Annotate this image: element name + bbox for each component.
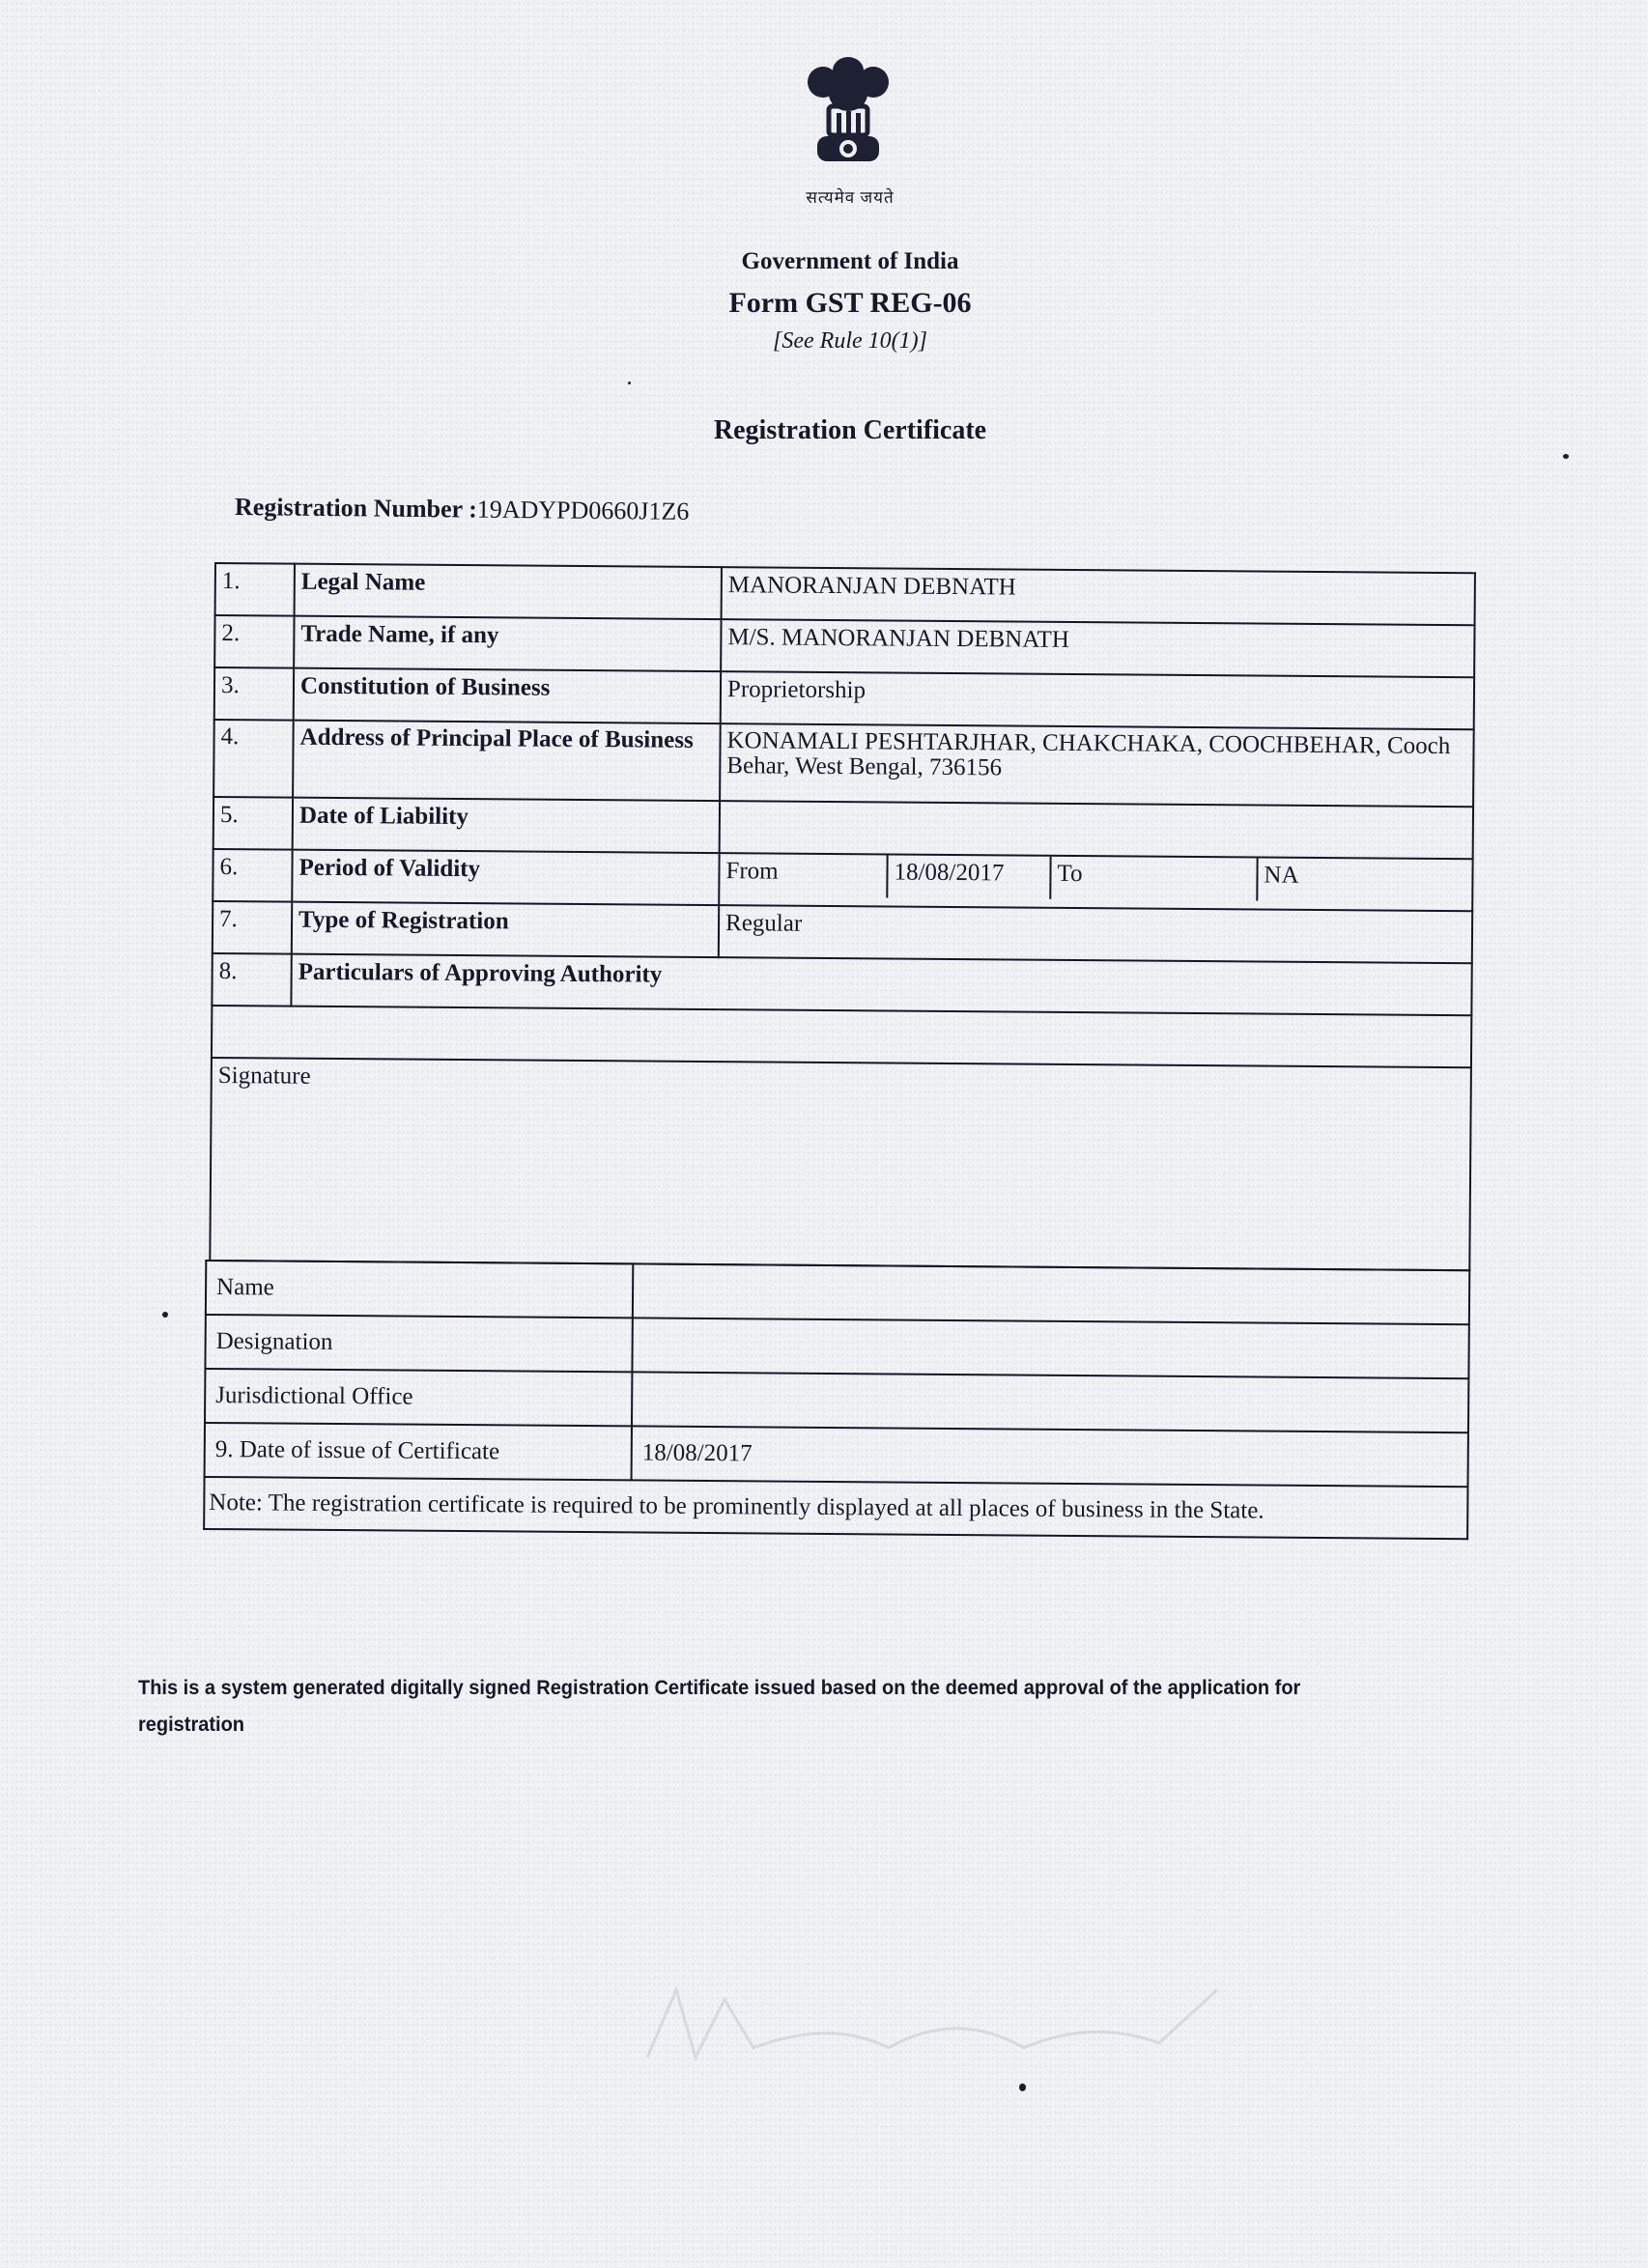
- field-label: Address of Principal Place of Business: [293, 721, 721, 801]
- government-heading: Government of India: [0, 248, 1648, 275]
- row-number: 2.: [214, 615, 294, 668]
- field-label: Period of Validity: [292, 850, 719, 905]
- certificate-title: Registration Certificate: [0, 415, 1648, 446]
- approval-row-date-of-issue: 9. Date of issue of Certificate 18/08/20…: [205, 1423, 1468, 1487]
- approval-label: Jurisdictional Office: [205, 1369, 632, 1426]
- approval-row-designation: Designation: [205, 1315, 1468, 1378]
- field-label: Trade Name, if any: [294, 616, 721, 671]
- paper-speck: [1563, 454, 1569, 459]
- table-row-address: 4. Address of Principal Place of Busines…: [213, 720, 1474, 807]
- field-label: Date of Liability: [293, 798, 720, 853]
- certificate-table: 1. Legal Name MANORANJAN DEBNATH 2. Trad…: [207, 562, 1476, 1540]
- note-row: Note: The registration certificate is re…: [204, 1477, 1467, 1539]
- row-number: 5.: [213, 797, 293, 850]
- row-number: 1.: [215, 563, 295, 616]
- validity-from-label: From: [720, 854, 888, 897]
- signature-cell: Signature: [210, 1058, 1471, 1270]
- form-title: Form GST REG-06: [0, 287, 1648, 320]
- faded-signature-mark: [638, 1980, 1314, 2077]
- approval-label: Name: [206, 1261, 633, 1318]
- approval-label: Designation: [205, 1315, 632, 1372]
- field-value: MANORANJAN DEBNATH: [722, 567, 1475, 625]
- approval-value: [632, 1318, 1468, 1378]
- system-generated-notice: This is a system generated digitally sig…: [138, 1669, 1378, 1743]
- row-number: 8.: [212, 953, 291, 1006]
- national-emblem-icon: [800, 53, 896, 179]
- registration-number-label: Registration Number :: [235, 493, 477, 524]
- field-value: Proprietorship: [721, 671, 1474, 729]
- approval-value: [632, 1372, 1468, 1432]
- field-label: Particulars of Approving Authority: [291, 954, 1471, 1016]
- note-text: Note: The registration certificate is re…: [204, 1477, 1467, 1539]
- approval-value: 18/08/2017: [632, 1426, 1468, 1487]
- validity-cells: From 18/08/2017 To NA: [719, 853, 1472, 911]
- paper-speck: [628, 382, 631, 384]
- approval-row-jurisdictional-office: Jurisdictional Office: [205, 1369, 1468, 1432]
- field-label: Type of Registration: [292, 902, 719, 957]
- validity-from-value: 18/08/2017: [888, 855, 1051, 898]
- paper-speck: [162, 1312, 168, 1318]
- emblem-motto: सत्यमेव जयते: [753, 185, 947, 208]
- field-value: Regular: [719, 905, 1472, 963]
- approval-label: 9. Date of issue of Certificate: [205, 1423, 632, 1480]
- row-number: 3.: [214, 667, 294, 721]
- paper-speck: [1019, 2084, 1026, 2091]
- approval-row-name: Name: [206, 1261, 1469, 1324]
- registration-number: Registration Number :19ADYPD0660J1Z6: [235, 493, 690, 526]
- row-number: 6.: [213, 849, 292, 902]
- validity-to-label: To: [1051, 857, 1258, 901]
- approval-table: Name Designation Jurisdictional Office 9…: [203, 1260, 1470, 1540]
- rule-reference: [See Rule 10(1)]: [0, 328, 1648, 354]
- approval-value: [633, 1263, 1469, 1324]
- row-number: 4.: [213, 720, 294, 798]
- row-number: 7.: [213, 901, 292, 954]
- validity-to-value: NA: [1258, 858, 1471, 902]
- field-label: Legal Name: [295, 564, 722, 619]
- field-label: Constitution of Business: [294, 668, 721, 723]
- table-row-signature: Signature: [210, 1058, 1471, 1270]
- field-value: [720, 801, 1473, 859]
- field-value: KONAMALI PESHTARJHAR, CHAKCHAKA, COOCHBE…: [720, 723, 1474, 807]
- field-value: M/S. MANORANJAN DEBNATH: [721, 619, 1474, 677]
- registration-number-value: 19ADYPD0660J1Z6: [477, 496, 690, 525]
